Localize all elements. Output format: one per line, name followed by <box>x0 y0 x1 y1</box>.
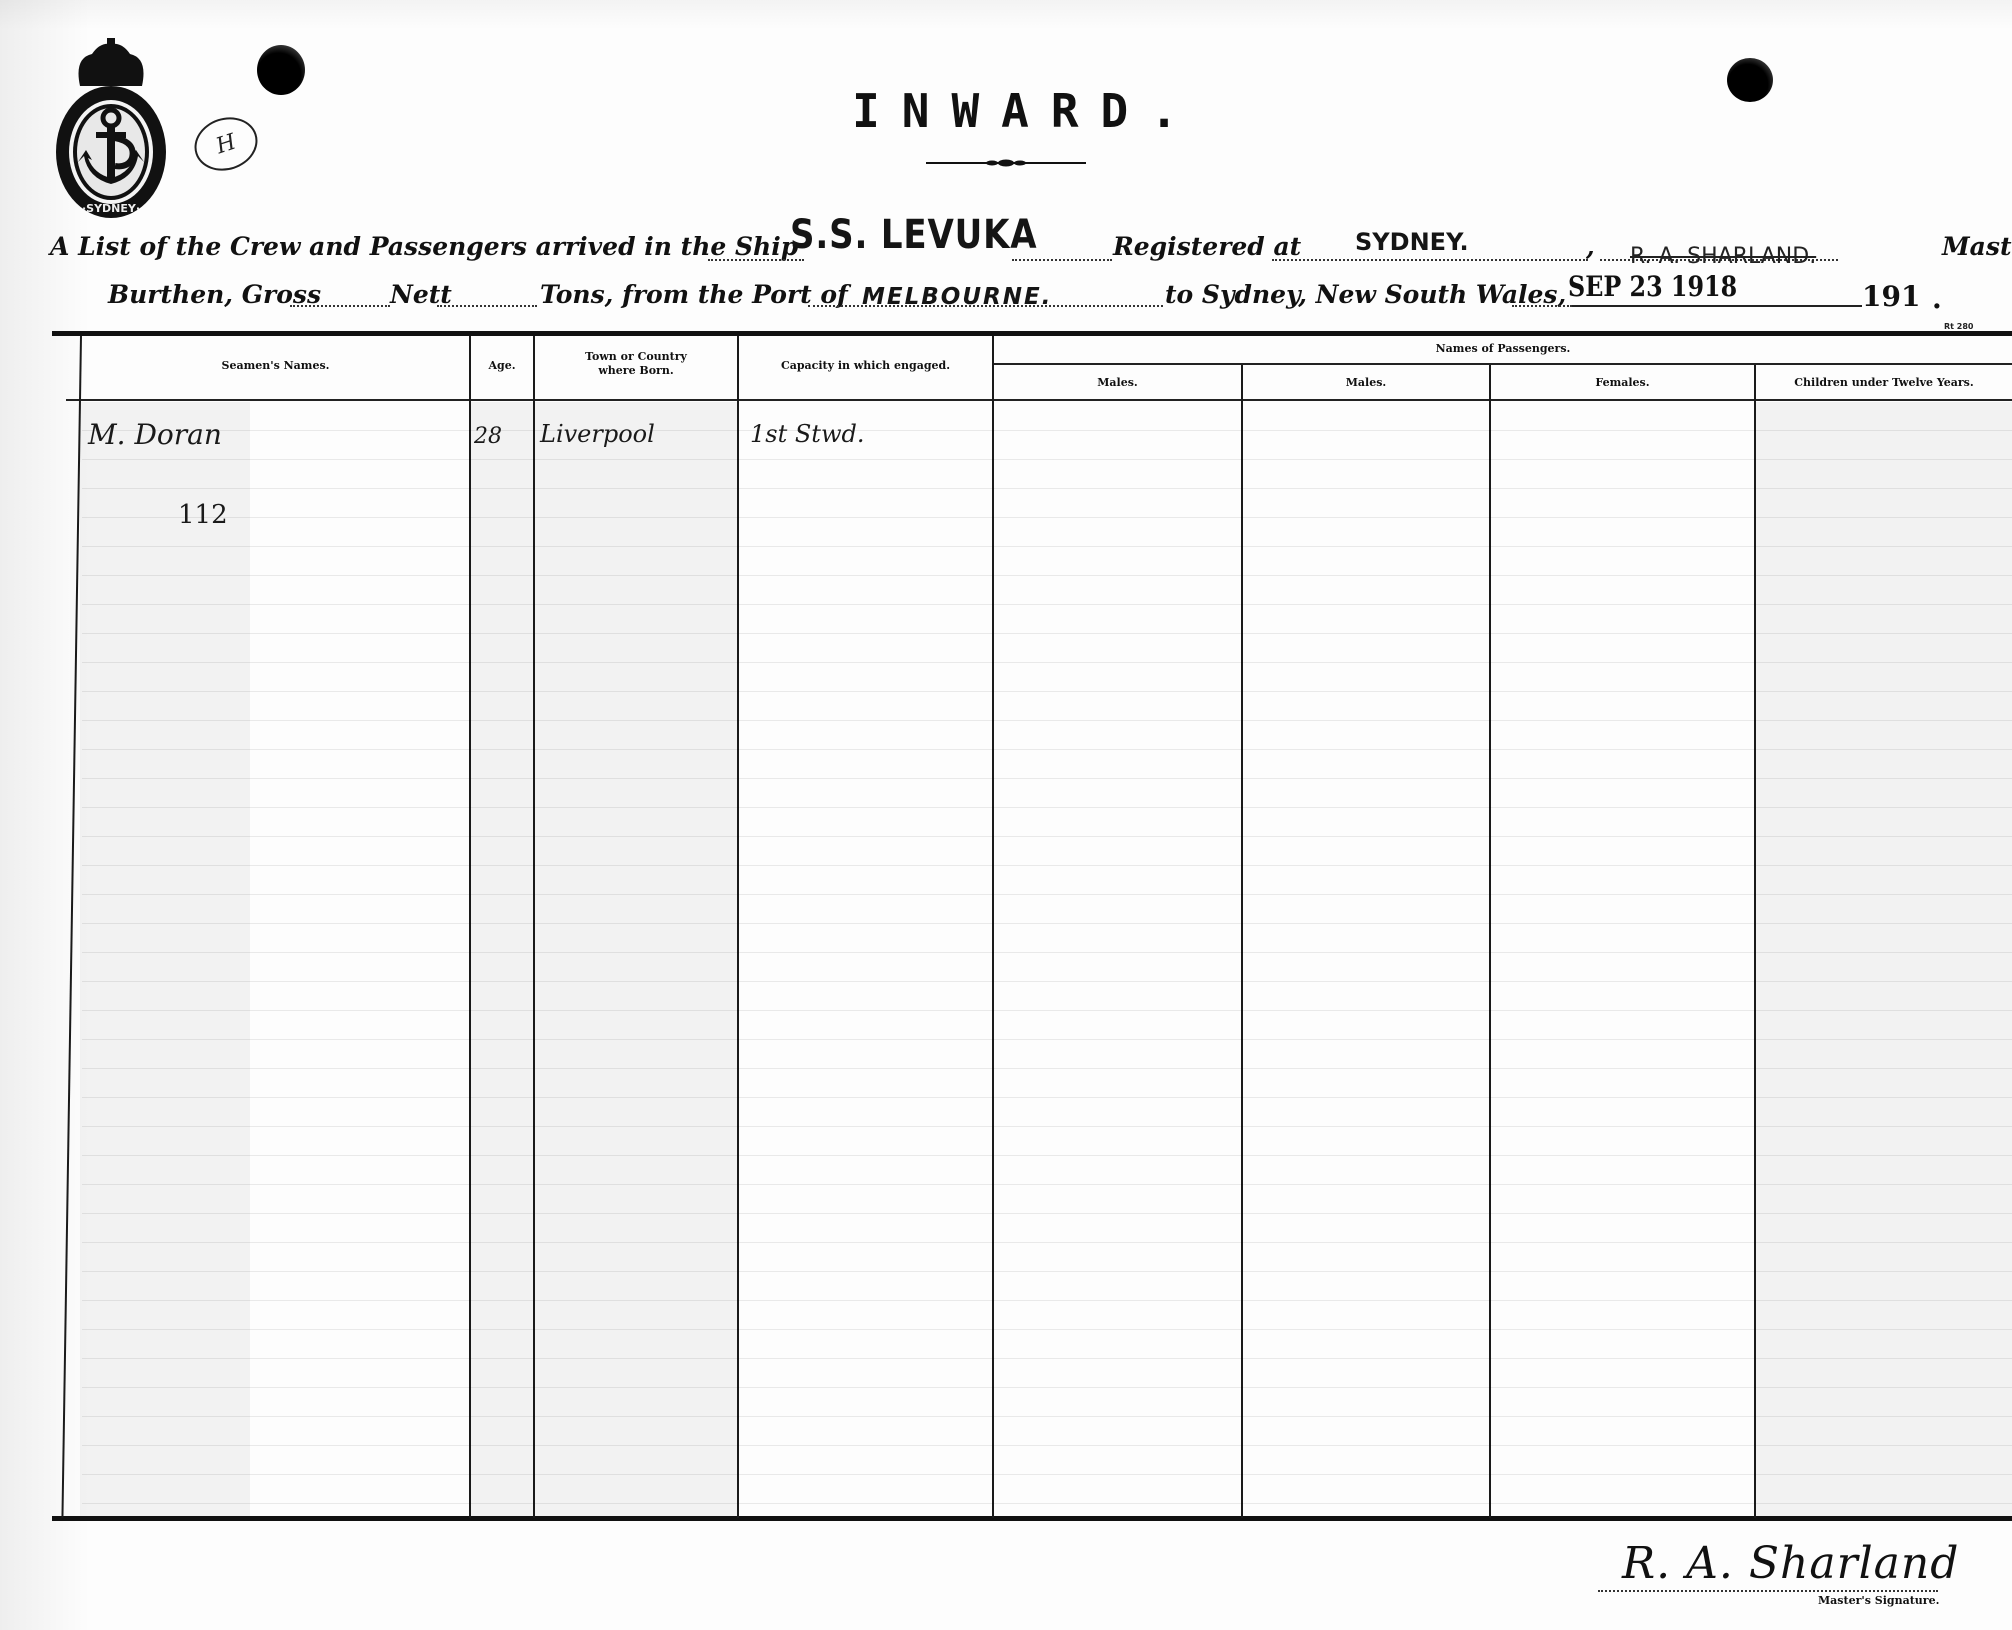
table-top-rule <box>52 331 2012 336</box>
from-port-stamp: MELBOURNE. <box>862 284 1052 310</box>
scan-top-shading <box>0 0 2012 30</box>
header-children: Children under Twelve Years. <box>1756 376 2012 389</box>
header-town-line1: Town or Country <box>535 350 737 363</box>
year-prefix: 191 <box>1862 280 1920 313</box>
passengers-subheader-rule <box>993 363 2012 365</box>
destination-label: to Sydney, New South Wales, <box>1165 280 1566 309</box>
registered-field-dots <box>1272 259 1588 261</box>
master-signature-label: Master's Signature. <box>1818 1594 1939 1607</box>
year-period: . <box>1932 282 1942 315</box>
comma: , <box>1586 232 1595 261</box>
crew-name-cell: M. Doran <box>88 418 222 451</box>
ship-field-dots <box>708 259 804 261</box>
crew-age-cell: 28 <box>474 424 502 449</box>
ship-name-stamp: S.S. LEVUKA <box>790 212 1037 258</box>
faint-ruled-lines <box>82 402 2012 1516</box>
crew-capacity-cell: 1st Stwd. <box>750 420 864 448</box>
nett-field-dots <box>437 305 537 307</box>
master-name-stamp: R. A. SHARLAND. <box>1630 244 1816 269</box>
date-stamp: SEP 23 1918 <box>1568 270 1737 303</box>
crew-born-cell: Liverpool <box>540 420 655 448</box>
form-number: Rt 280 <box>1944 322 1973 331</box>
registered-label: Registered at <box>1113 232 1301 261</box>
title-ornament-icon <box>926 152 1086 160</box>
header-age: Age. <box>471 359 533 372</box>
list-intro-label: A List of the Crew and Passengers arrive… <box>50 232 798 261</box>
header-males-2: Males. <box>1243 376 1489 389</box>
tons-port-label: Tons, from the Port of <box>540 280 848 309</box>
date-field-line <box>1572 305 1862 307</box>
table-header-bottom-rule <box>66 399 2012 401</box>
ship-field-dots-2 <box>1012 259 1112 261</box>
header-females: Females. <box>1491 376 1754 389</box>
signature-line <box>1598 1590 1938 1592</box>
header-names-of-passengers: Names of Passengers. <box>994 342 2012 355</box>
date-field-dots <box>1512 305 1572 307</box>
table-bottom-rule <box>52 1516 2012 1521</box>
master-label: Master, <box>1942 232 2012 261</box>
header-seamens-names: Seamen's Names. <box>82 359 469 372</box>
registered-port-stamp: SYDNEY. <box>1355 228 1469 256</box>
annotation-number: 112 <box>178 500 228 530</box>
header-town-line2: where Born. <box>535 364 737 377</box>
header-males-1: Males. <box>994 376 1241 389</box>
svg-text:·SYDNEY·: ·SYDNEY· <box>82 202 140 215</box>
master-signature: R. A. Sharland <box>1622 1538 1959 1589</box>
document-title: INWARD. <box>0 84 2012 138</box>
gross-field-dots <box>290 305 390 307</box>
header-capacity: Capacity in which engaged. <box>739 359 992 372</box>
